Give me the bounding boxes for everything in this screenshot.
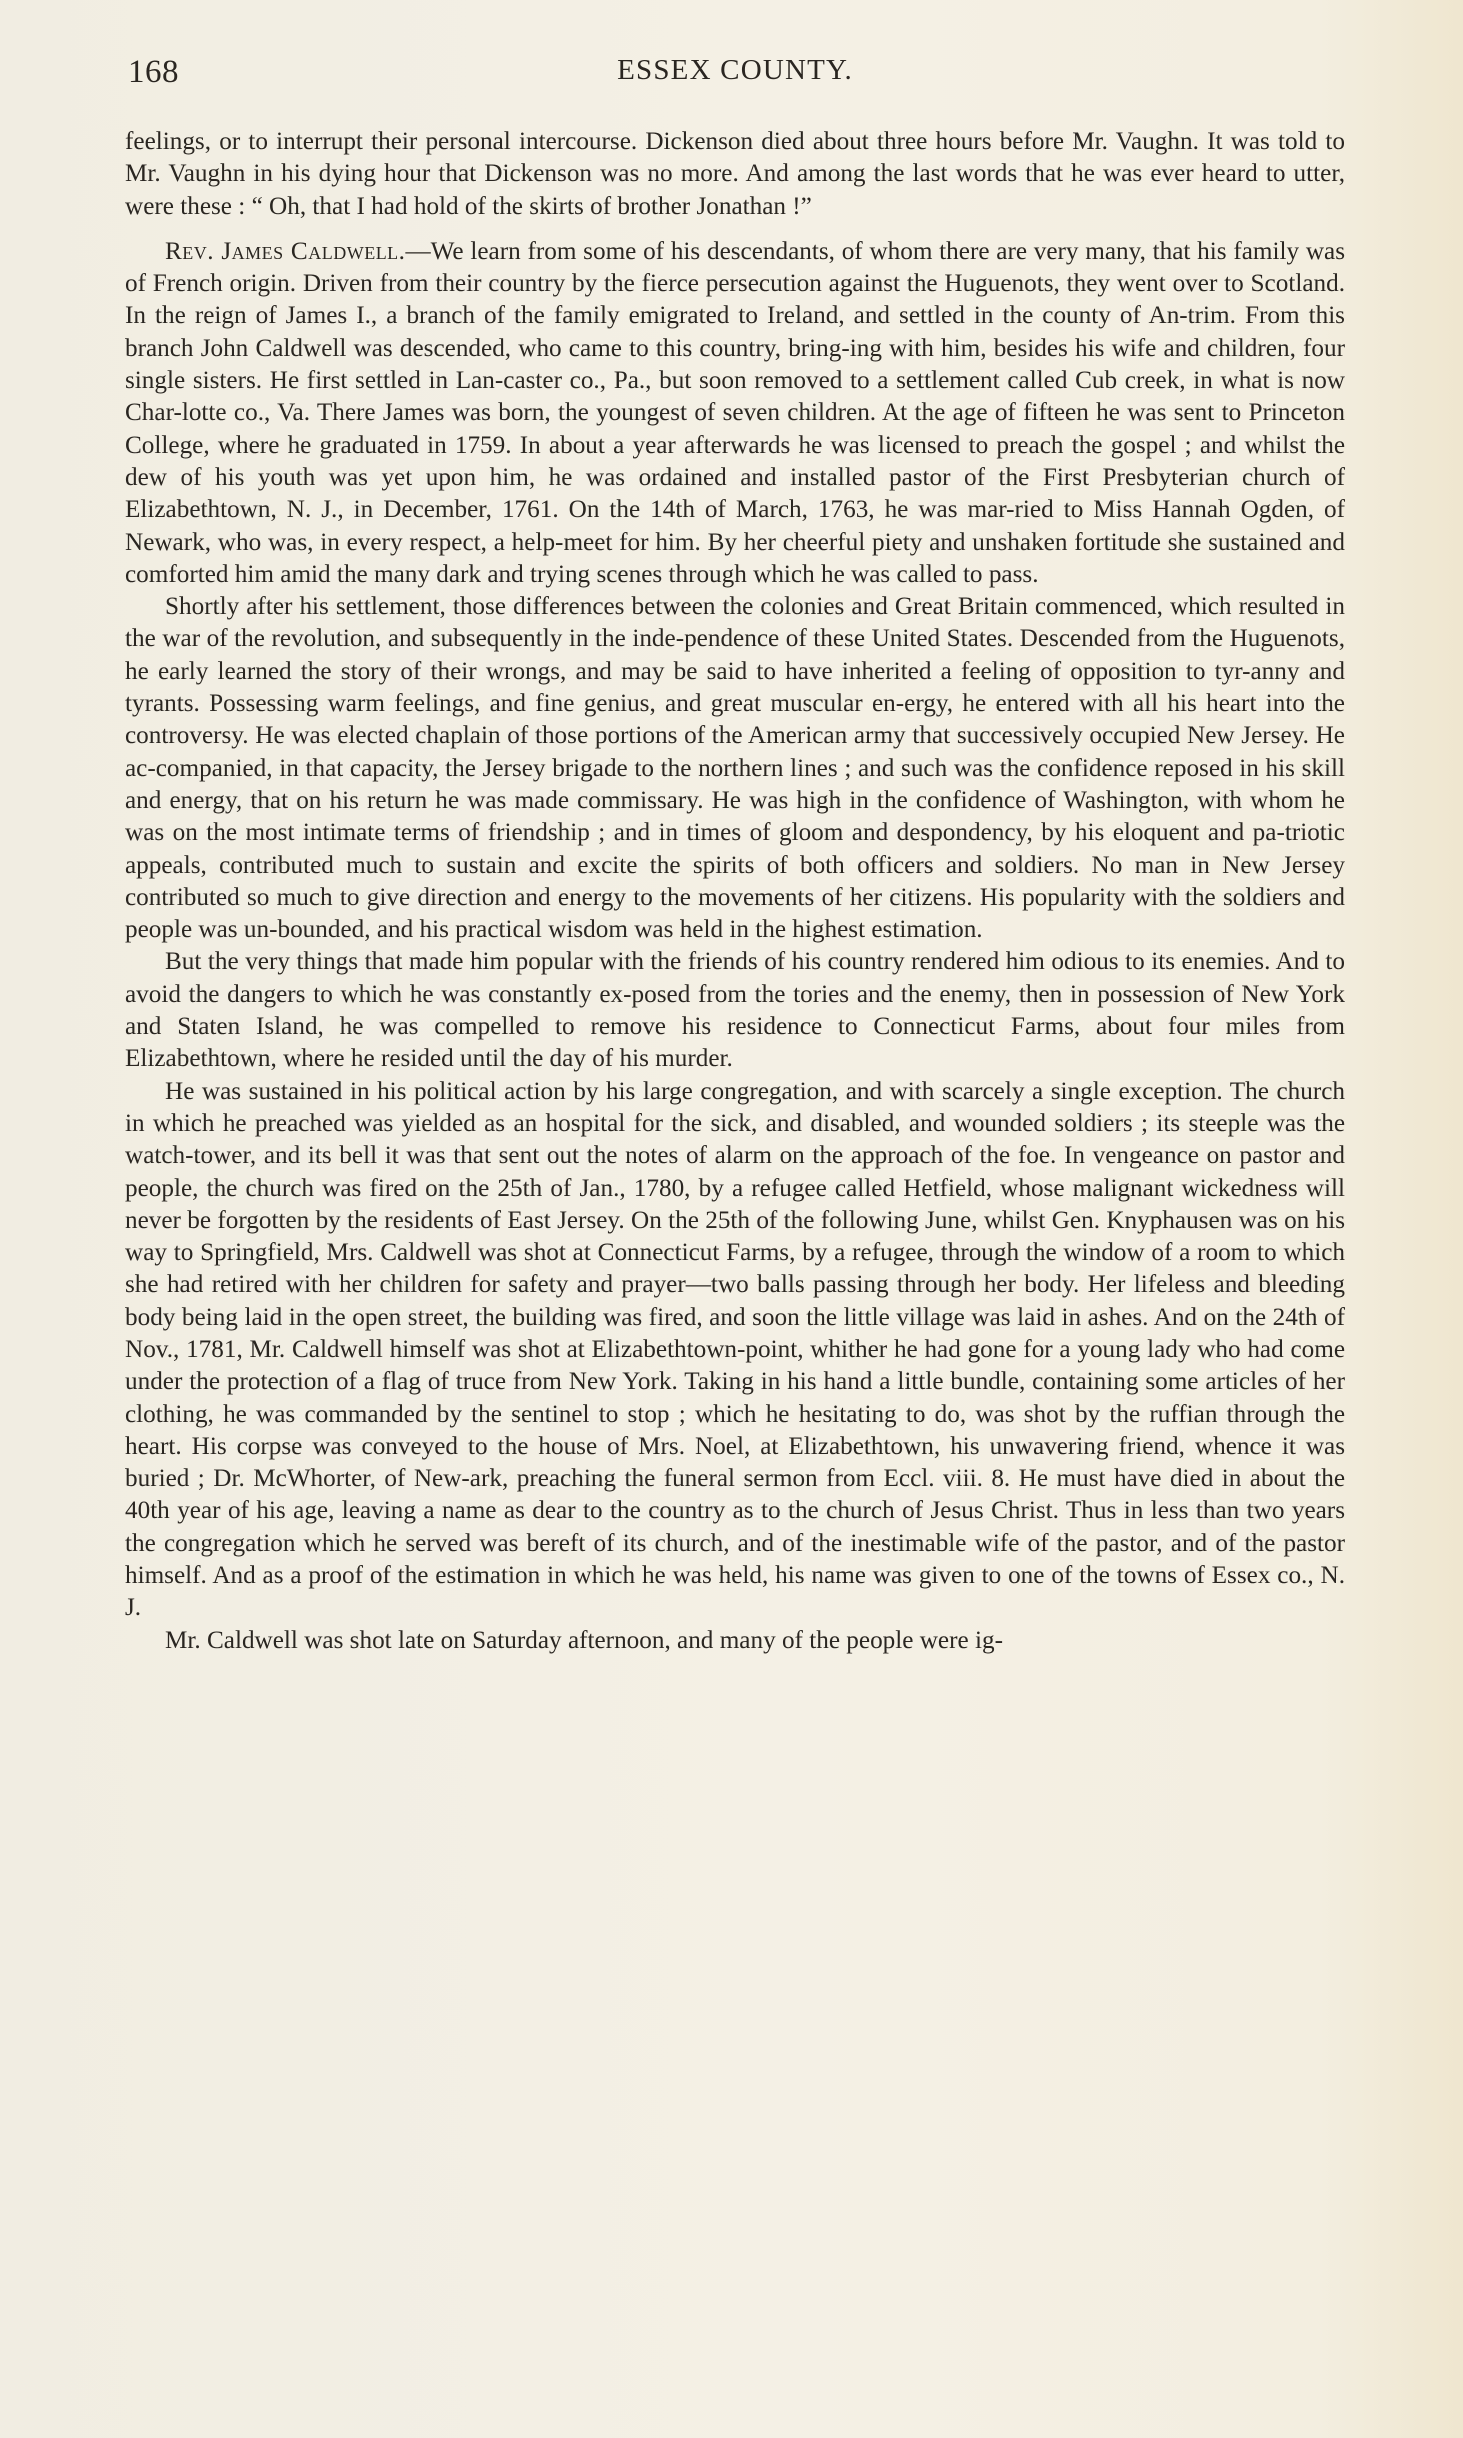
running-head-title: ESSEX COUNTY. <box>125 54 1345 87</box>
paragraph-text: —We learn from some of his descendants, … <box>125 238 1345 588</box>
running-head: 168 ESSEX COUNTY. <box>125 54 1345 106</box>
paragraph-rev-james-caldwell: Rev. James Caldwell.—We learn from some … <box>125 236 1345 591</box>
paragraph-continuation: feelings, or to interrupt their personal… <box>125 126 1345 223</box>
paragraph-enemies: But the very things that made him popula… <box>125 946 1345 1075</box>
book-page: 168 ESSEX COUNTY. feelings, or to interr… <box>125 54 1345 1657</box>
body-text: feelings, or to interrupt their personal… <box>125 126 1345 1657</box>
section-lead-name: Rev. James Caldwell. <box>165 238 405 265</box>
paragraph-saturday: Mr. Caldwell was shot late on Saturday a… <box>125 1625 1345 1657</box>
paragraph-revolution: Shortly after his settlement, those diff… <box>125 591 1345 946</box>
paragraph-martyrdom: He was sustained in his political action… <box>125 1076 1345 1625</box>
